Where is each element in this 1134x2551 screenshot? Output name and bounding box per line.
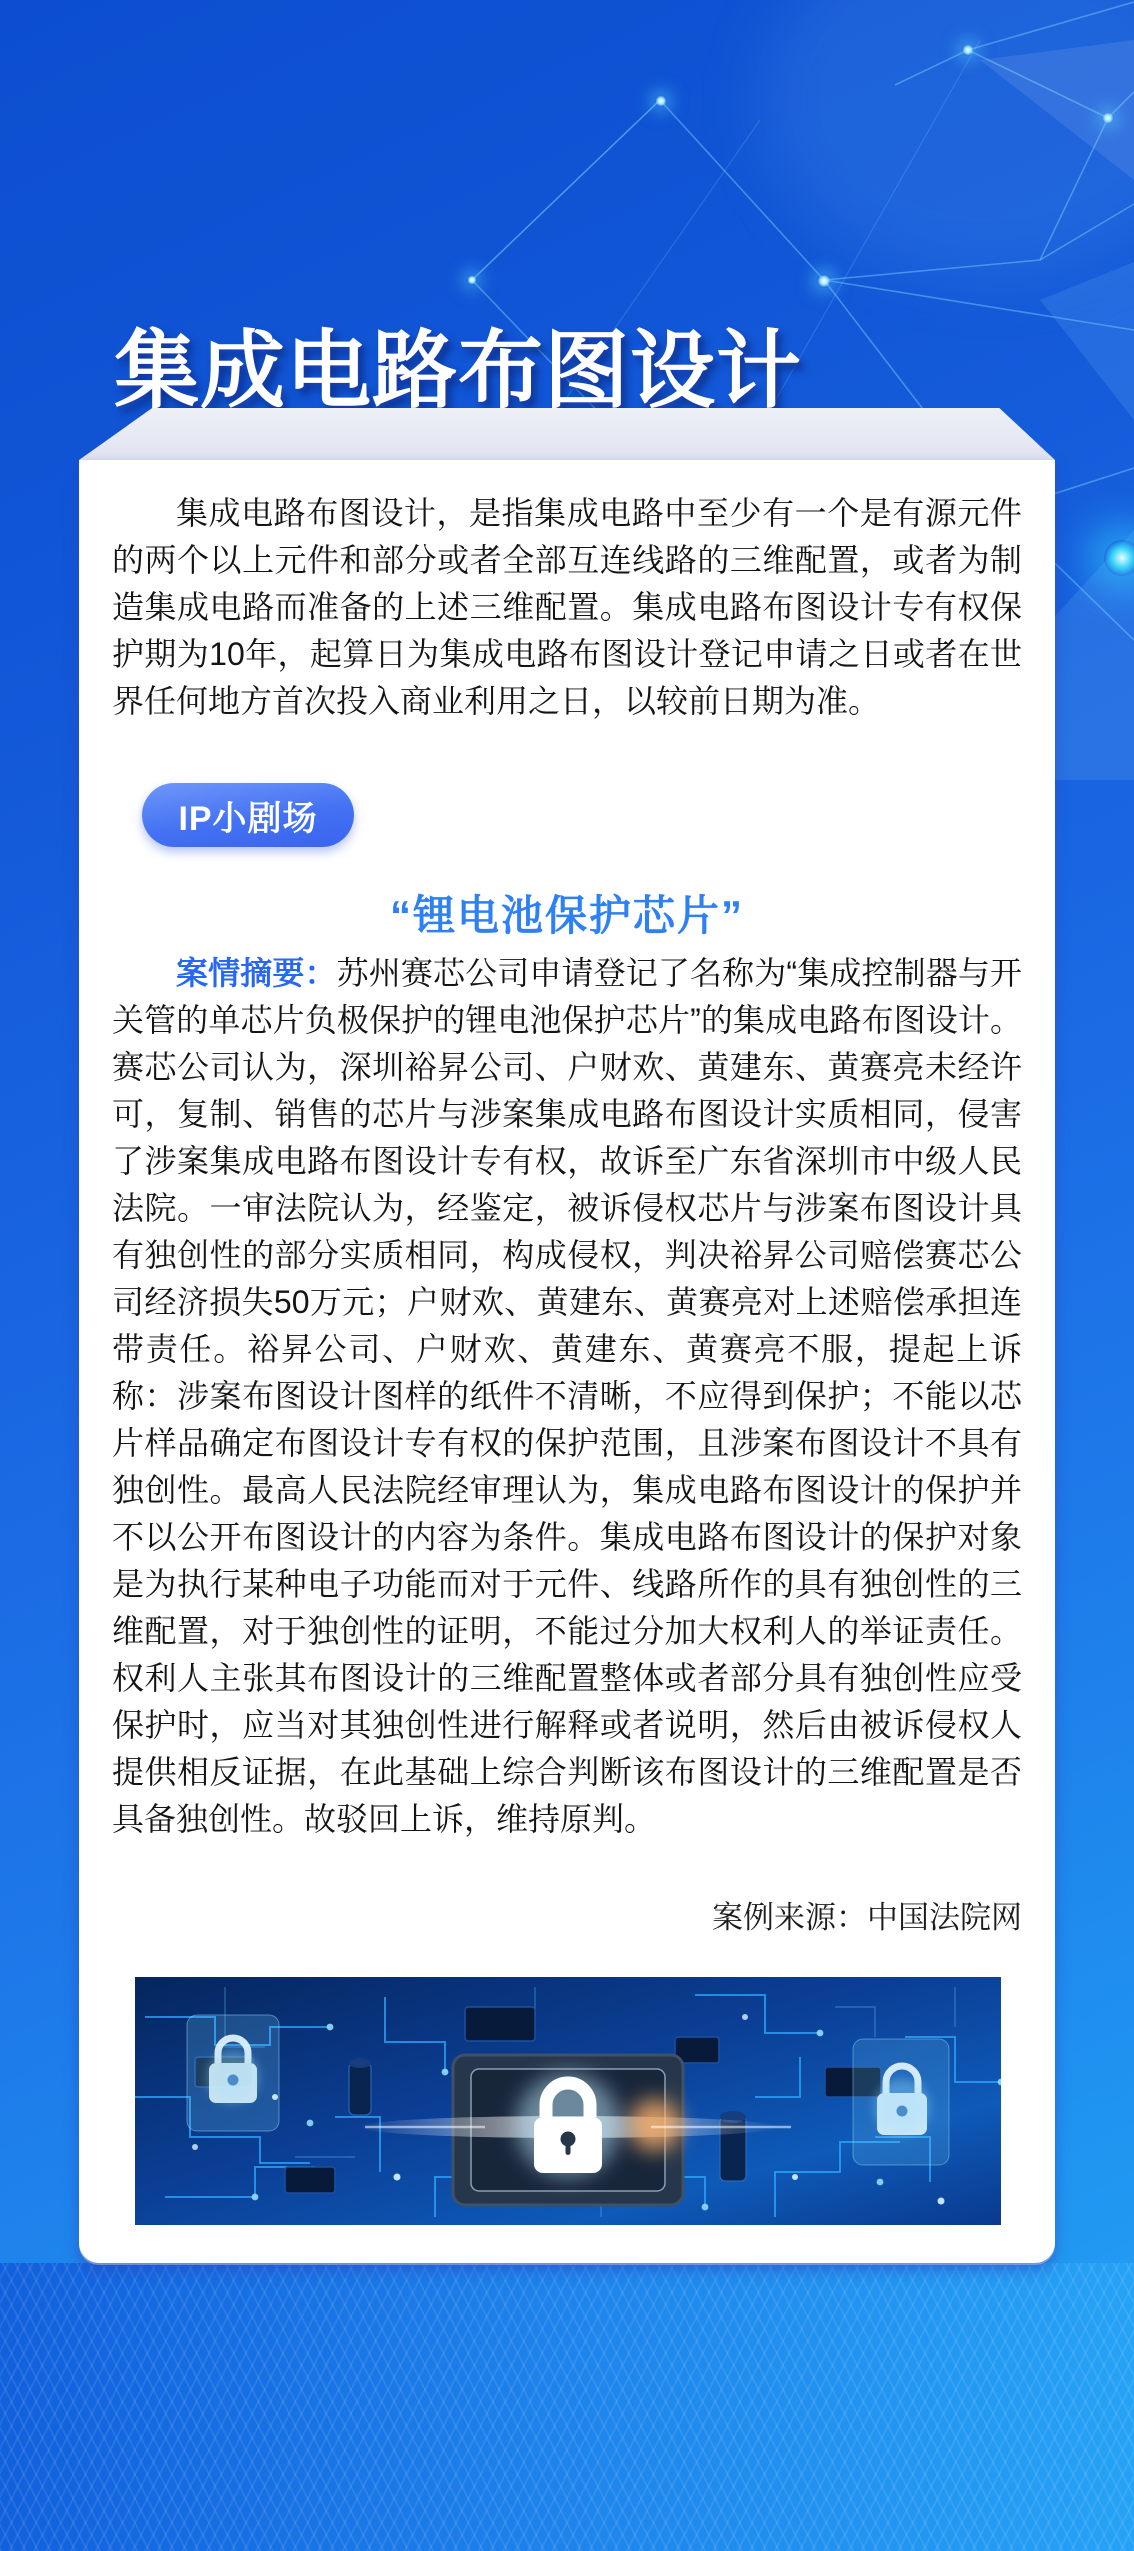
circuit-board-image [135, 1977, 1001, 2225]
section-badge-ip-theater: IP小剧场 [142, 783, 354, 847]
case-summary-body: 苏州赛芯公司申请登记了名称为“集成控制器与开关管的单芯片负极保护的锂电池保护芯片… [112, 955, 1022, 1837]
glow-dot [467, 275, 477, 285]
hologram-padlock-right [853, 2039, 949, 2165]
section-badge-label: IP小剧场 [178, 791, 317, 840]
intro-paragraph: 集成电路布图设计，是指集成电路中至少有一个是有源元件的两个以上元件和部分或者全部… [112, 490, 1022, 725]
case-source: 案例来源：中国法院网 [112, 1892, 1022, 1937]
hologram-padlock-left [187, 2015, 279, 2131]
glow-dot [817, 274, 831, 288]
card-3d-top [79, 408, 1055, 460]
soft-light-haze [760, 0, 1134, 280]
circuit-board-illustration [135, 1977, 1001, 2225]
case-summary-label: 案情摘要： [176, 955, 337, 991]
case-title: “锂电池保护芯片” [79, 883, 1055, 943]
glow-dot-large [1104, 540, 1134, 576]
case-summary-paragraph: 案情摘要：苏州赛芯公司申请登记了名称为“集成控制器与开关管的单芯片负极保护的锂电… [112, 950, 1022, 1843]
bottom-diamond-pattern [0, 2263, 1134, 2551]
content-card: 集成电路布图设计，是指集成电路中至少有一个是有源元件的两个以上元件和部分或者全部… [79, 460, 1055, 2263]
glow-dot [962, 44, 974, 56]
glow-dot [1102, 112, 1114, 124]
glow-dot [655, 95, 667, 107]
